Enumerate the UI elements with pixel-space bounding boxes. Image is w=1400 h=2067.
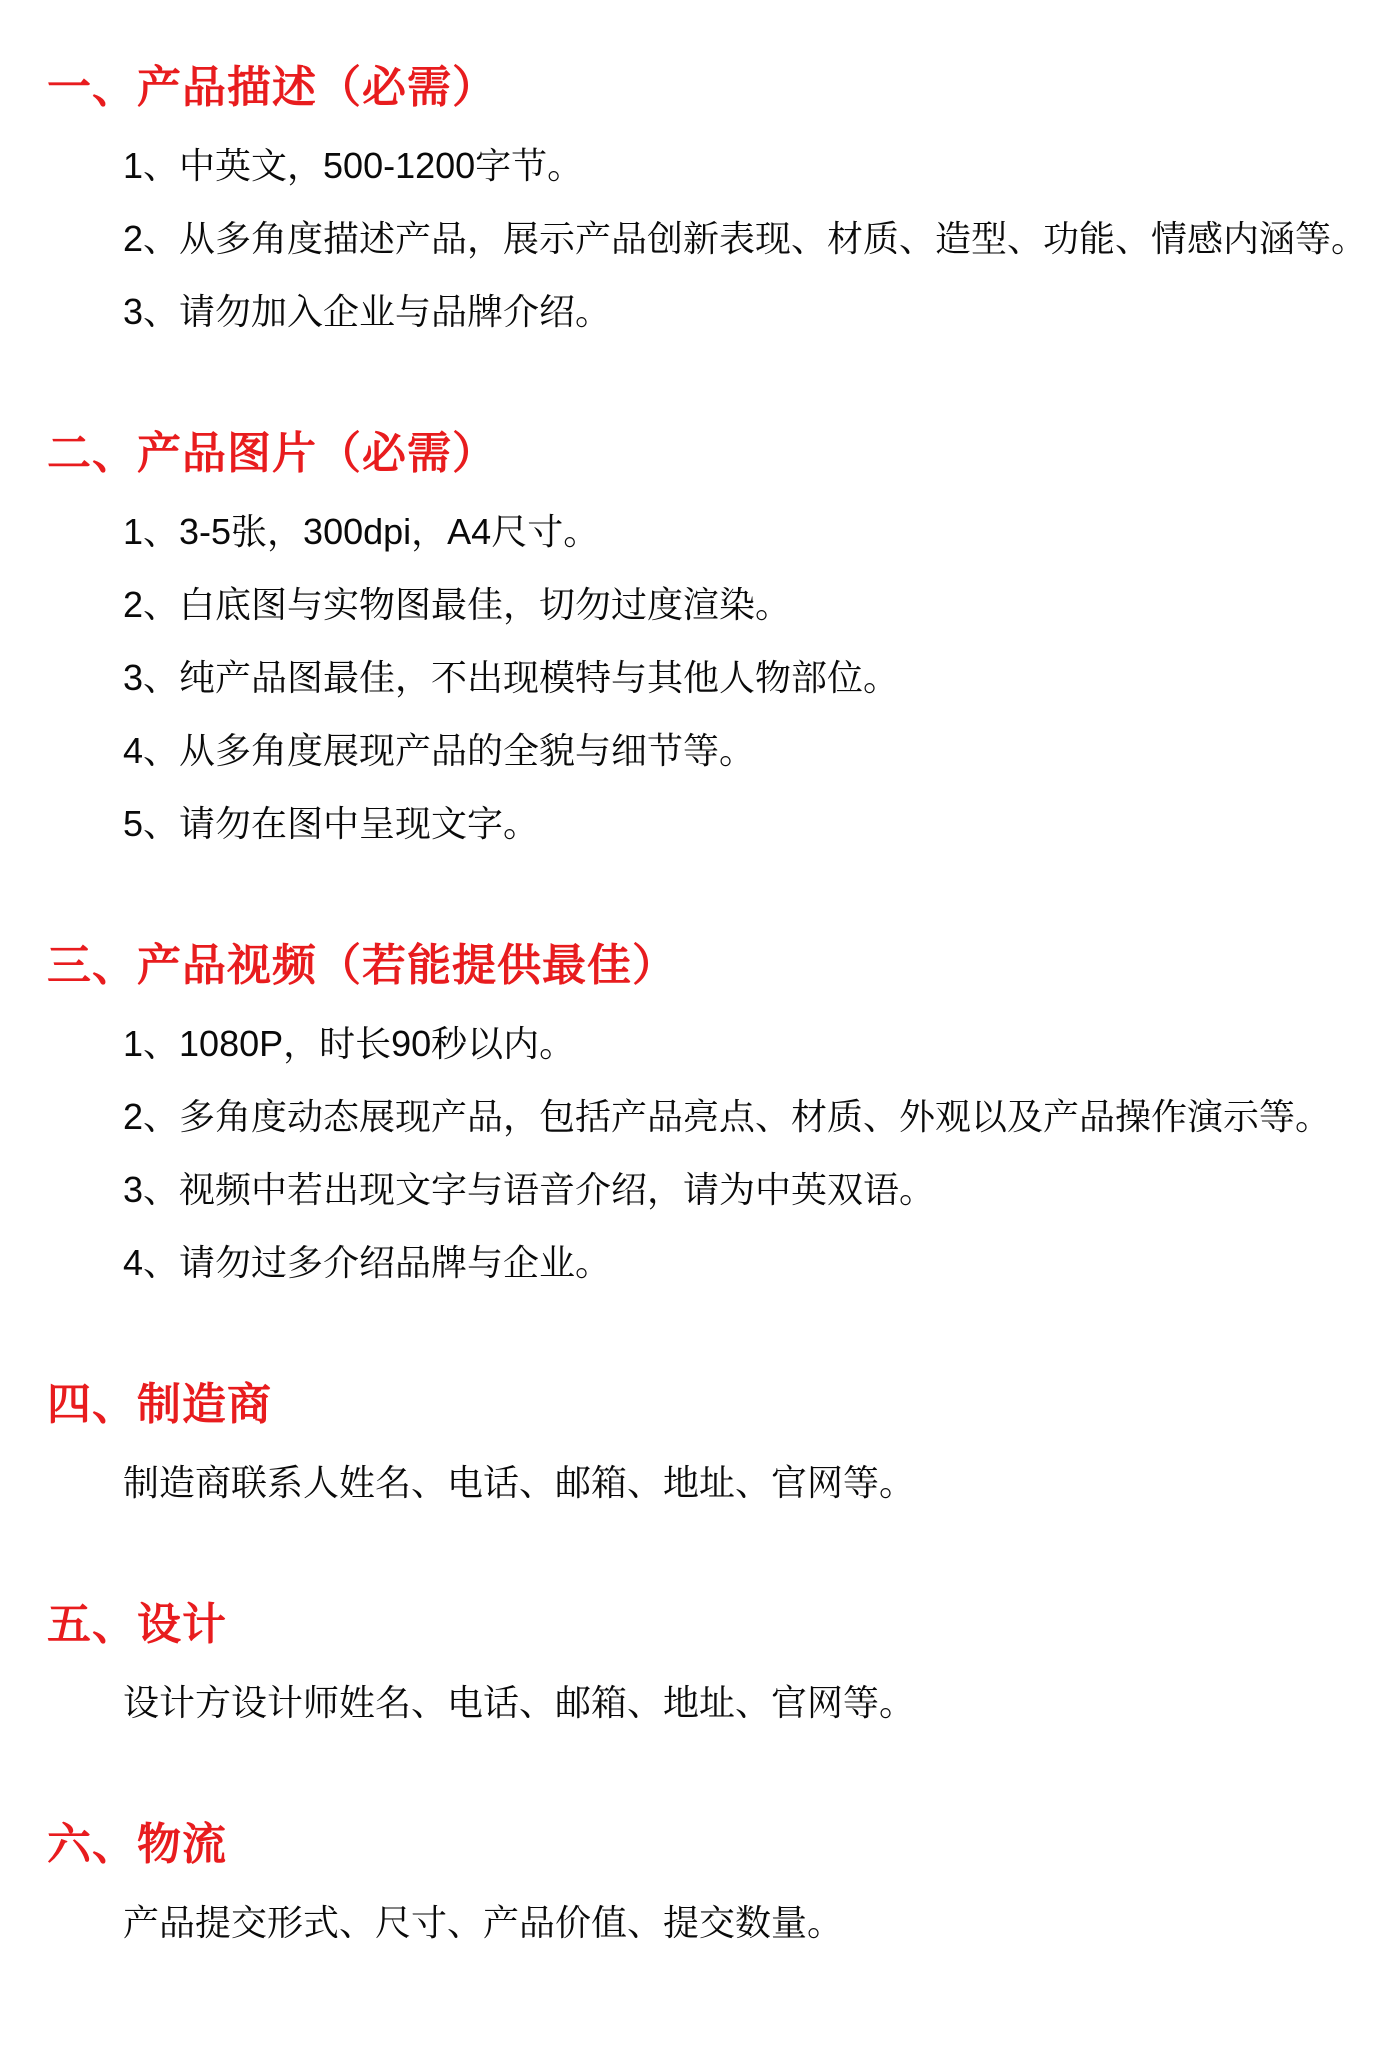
list-item: 设计方设计师姓名、电话、邮箱、地址、官网等。: [123, 1666, 1400, 1739]
section-product-images: 二、产品图片（必需） 1、3-5张，300dpi，A4尺寸。 2、白底图与实物图…: [47, 426, 1400, 860]
list-item: 1、1080P，时长90秒以内。: [123, 1007, 1400, 1080]
list-item: 4、请勿过多介绍品牌与企业。: [123, 1226, 1400, 1299]
list-item: 1、3-5张，300dpi，A4尺寸。: [123, 495, 1400, 568]
section-manufacturer: 四、制造商 制造商联系人姓名、电话、邮箱、地址、官网等。: [47, 1377, 1400, 1519]
section-item-list: 产品提交形式、尺寸、产品价值、提交数量。: [47, 1886, 1400, 1959]
section-heading: 三、产品视频（若能提供最佳）: [47, 938, 1400, 994]
section-heading: 一、产品描述（必需）: [47, 60, 1400, 116]
list-item: 2、从多角度描述产品，展示产品创新表现、材质、造型、功能、情感内涵等。: [123, 202, 1400, 275]
section-item-list: 1、中英文，500-1200字节。 2、从多角度描述产品，展示产品创新表现、材质…: [47, 129, 1400, 348]
section-heading: 六、物流: [47, 1817, 1400, 1873]
list-item: 3、请勿加入企业与品牌介绍。: [123, 275, 1400, 348]
section-heading: 五、设计: [47, 1597, 1400, 1653]
list-item: 3、纯产品图最佳，不出现模特与其他人物部位。: [123, 641, 1400, 714]
list-item: 4、从多角度展现产品的全貌与细节等。: [123, 714, 1400, 787]
section-item-list: 1、1080P，时长90秒以内。 2、多角度动态展现产品，包括产品亮点、材质、外…: [47, 1007, 1400, 1299]
list-item: 2、白底图与实物图最佳，切勿过度渲染。: [123, 568, 1400, 641]
list-item: 2、多角度动态展现产品，包括产品亮点、材质、外观以及产品操作演示等。: [123, 1080, 1400, 1153]
section-product-description: 一、产品描述（必需） 1、中英文，500-1200字节。 2、从多角度描述产品，…: [47, 60, 1400, 348]
requirements-document: 一、产品描述（必需） 1、中英文，500-1200字节。 2、从多角度描述产品，…: [0, 0, 1400, 2067]
list-item: 5、请勿在图中呈现文字。: [123, 787, 1400, 860]
section-item-list: 制造商联系人姓名、电话、邮箱、地址、官网等。: [47, 1446, 1400, 1519]
section-logistics: 六、物流 产品提交形式、尺寸、产品价值、提交数量。: [47, 1817, 1400, 1959]
list-item: 产品提交形式、尺寸、产品价值、提交数量。: [123, 1886, 1400, 1959]
list-item: 1、中英文，500-1200字节。: [123, 129, 1400, 202]
list-item: 3、视频中若出现文字与语音介绍，请为中英双语。: [123, 1153, 1400, 1226]
list-item: 制造商联系人姓名、电话、邮箱、地址、官网等。: [123, 1446, 1400, 1519]
section-heading: 二、产品图片（必需）: [47, 426, 1400, 482]
section-design: 五、设计 设计方设计师姓名、电话、邮箱、地址、官网等。: [47, 1597, 1400, 1739]
section-item-list: 设计方设计师姓名、电话、邮箱、地址、官网等。: [47, 1666, 1400, 1739]
section-item-list: 1、3-5张，300dpi，A4尺寸。 2、白底图与实物图最佳，切勿过度渲染。 …: [47, 495, 1400, 860]
section-product-video: 三、产品视频（若能提供最佳） 1、1080P，时长90秒以内。 2、多角度动态展…: [47, 938, 1400, 1299]
section-heading: 四、制造商: [47, 1377, 1400, 1433]
